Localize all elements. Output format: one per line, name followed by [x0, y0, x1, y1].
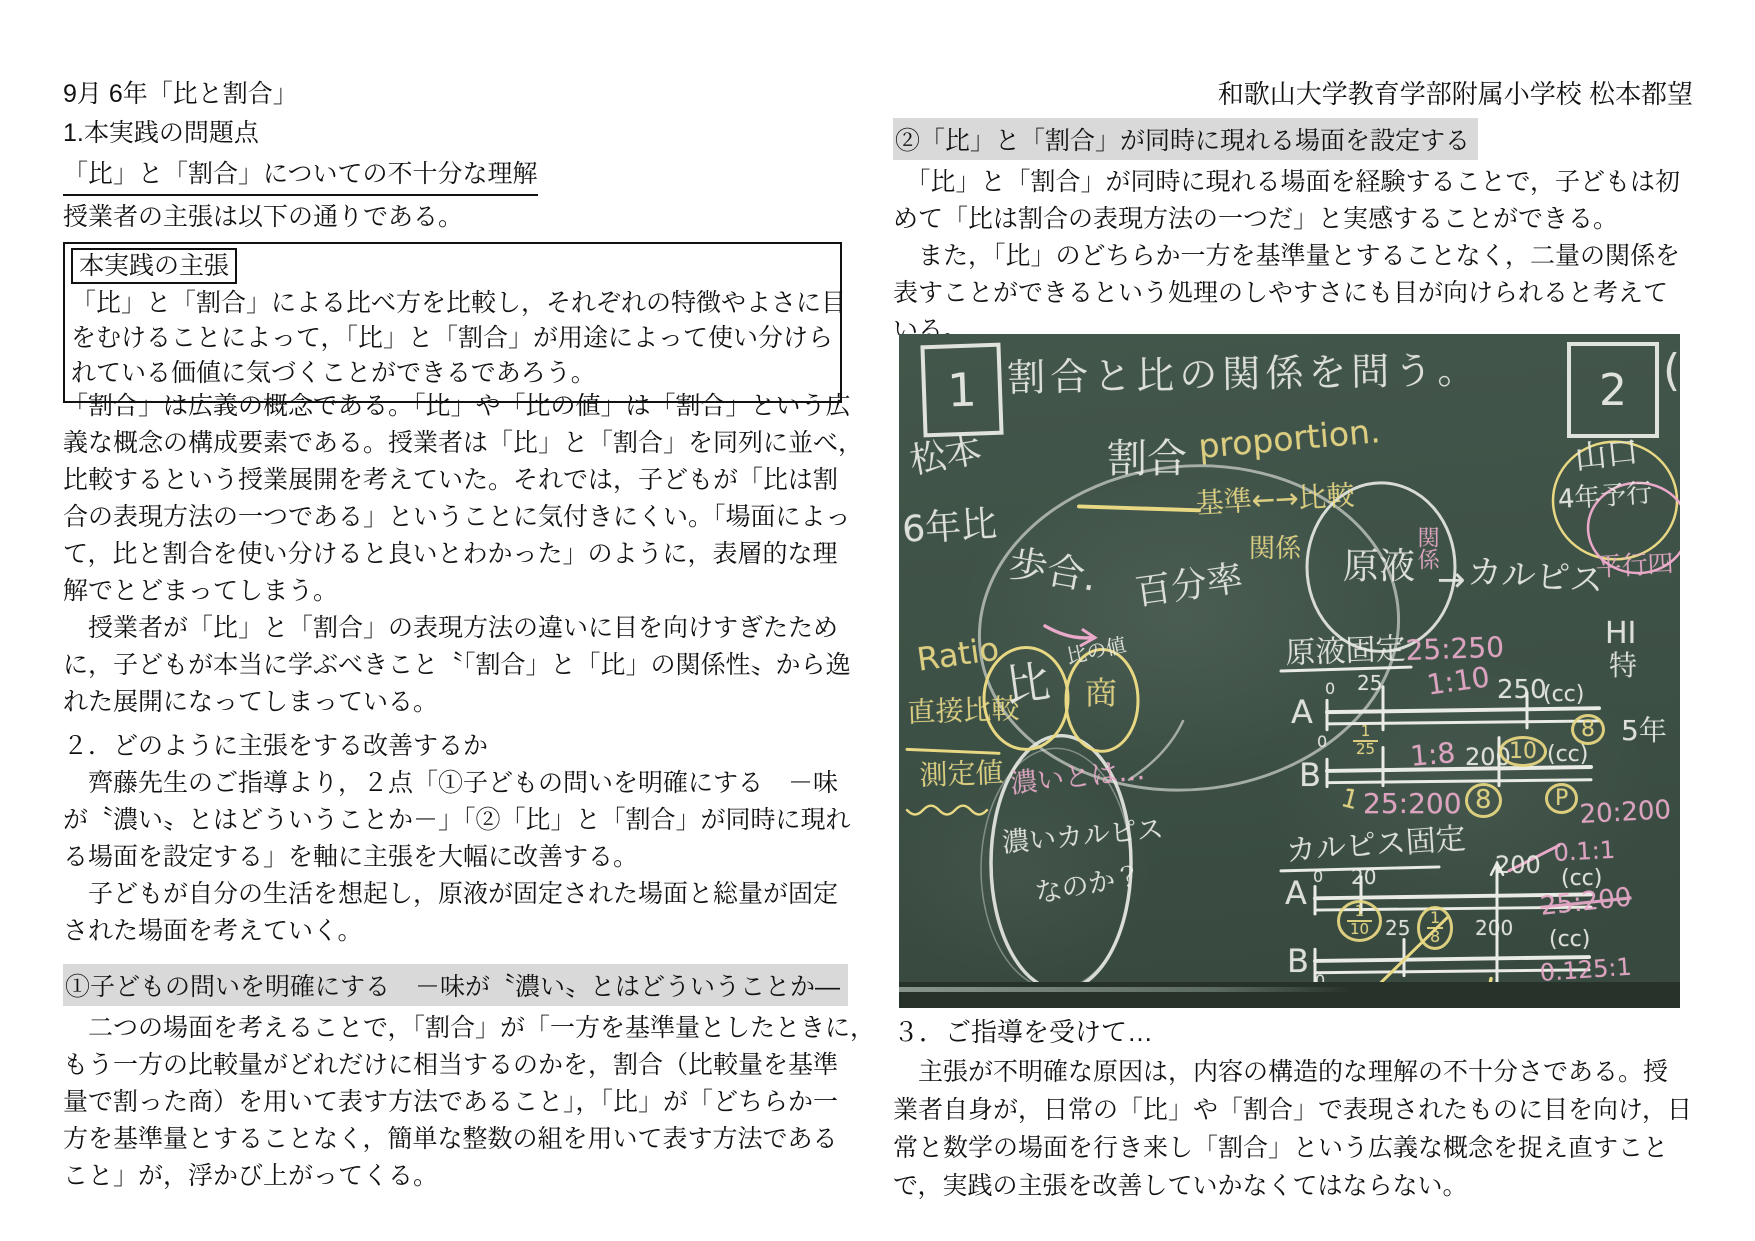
board-tick: 250	[1497, 677, 1547, 704]
board-hyakubunritsu: 百分率	[1133, 560, 1245, 612]
board-kankei-yellow: 関係	[1249, 536, 1301, 563]
board-0-1-1: 0.1:1	[1553, 838, 1616, 866]
board-25-200-strike: 25:200	[1539, 885, 1633, 922]
blackboard-photo: 1 2 割合と比の関係を問う。松本6年比割合proportion.基準←→比較関…	[899, 334, 1680, 1008]
right-column-bottom: ３．ご指導を受けて… 主張が不明確な原因は，内容の構造的な理解の不十分さである。…	[893, 1014, 1693, 1205]
board-frac-1-25: 125	[1353, 724, 1378, 758]
right-column: 和歌山大学教育学部附属小学校 松本都望 ②「比」と「割合」が同時に現れる場面を設…	[893, 76, 1693, 349]
section2-title: ２．どのように主張をする改善するか	[63, 728, 858, 765]
claim-box: 本実践の主張 「比」と「割合」による比べ方を比較し，それぞれの特徴やよさに目 を…	[63, 242, 842, 403]
board-line-a: A	[1291, 696, 1313, 730]
board-25-200: 25:200	[1363, 789, 1462, 818]
highlight-heading-2: ②「比」と「割合」が同時に現れる場面を設定する	[893, 118, 1478, 160]
paragraph-problem: 「割合」は広義の概念である。「比」や「比の値」は「割合」という広 義な概念の構成…	[63, 388, 858, 721]
board-tick: 200	[1475, 918, 1513, 939]
section1-intro: 授業者の主張は以下の通りである。	[63, 199, 858, 236]
board-proportion: proportion.	[1197, 414, 1382, 464]
board-ratio: Ratio	[915, 632, 1001, 677]
highlight-heading-1: ①子どもの問いを明確にする －味が〝濃い〟とはどういうことか―	[63, 964, 848, 1006]
board-grade: 6年比	[901, 506, 998, 550]
section1-title: 1.本実践の問題点	[63, 115, 858, 152]
paragraph-after-guidance: 主張が不明確な原因は，内容の構造的な理解の不十分さである。授 業者自身が，日常の…	[893, 1053, 1693, 1205]
board-tick: 200	[1495, 853, 1541, 878]
board-hi: 比	[1003, 659, 1053, 711]
board-heikoushi: 平行四	[1595, 551, 1674, 582]
author-affiliation: 和歌山大学教育学部附属小学校 松本都望	[893, 76, 1693, 113]
board-geneki-kotei: 原液固定	[1285, 633, 1406, 669]
board-chokusetsu-hikaku: 直接比較	[907, 695, 1020, 728]
chalk-tray-highlight	[899, 987, 1352, 992]
board-hi-label: HI	[1605, 618, 1636, 650]
board-tick: 0	[1313, 869, 1323, 886]
board-circled-8: 8	[1465, 783, 1502, 818]
board-4nen-yokou: 4年予行	[1557, 480, 1653, 514]
board-5nen: 5年	[1621, 716, 1667, 745]
board-line-b: B	[1287, 945, 1309, 979]
board-circled-8: 8	[1571, 714, 1605, 745]
claim-box-body: 「比」と「割合」による比べ方を比較し，それぞれの特徴やよさに目 をむけることによ…	[71, 286, 832, 391]
board-koicalpis: 濃いカルピス	[1001, 816, 1165, 858]
board-koitoha: 濃いとは…	[1009, 757, 1146, 799]
section1-underlined-heading: 「比」と「割合」についての不十分な理解	[63, 156, 538, 196]
board-line-a: A	[1285, 877, 1307, 911]
board-kijun-hikaku: 基準←→比較	[1195, 480, 1355, 518]
board-cc: (cc)	[1549, 928, 1590, 951]
board-geneki: 原液	[1343, 548, 1415, 586]
board-arrow-right: →	[1437, 563, 1466, 599]
board-cc: (cc)	[1547, 743, 1588, 766]
left-column-body: 「割合」は広義の概念である。「比」や「比の値」は「割合」という広 義な概念の構成…	[63, 388, 858, 1195]
document-page: { "left": { "header": "9月 6年「比と割合」", "se…	[0, 0, 1755, 1241]
board-calpis: カルピス	[1467, 555, 1605, 600]
board-kankei-pink: 関係	[1415, 526, 1438, 570]
board-tick-1: 1	[1338, 785, 1361, 816]
board-title: 割合と比の関係を問う。	[1007, 351, 1481, 399]
board-calpis-kotei: カルピス固定	[1285, 823, 1467, 867]
board-nanoka: なのか？	[1033, 862, 1144, 909]
paragraph-improvement: 齊藤先生のご指導より，２点「①子どもの問いを明確にする －味 が〝濃い〟とはどう…	[63, 765, 858, 950]
board-name: 松本	[907, 431, 984, 481]
section3-title: ３．ご指導を受けて…	[893, 1014, 1693, 1051]
board-frac-1-8: 18	[1417, 906, 1453, 950]
board-hinoatai: 比の値	[1065, 635, 1128, 668]
board-wariai: 割合	[1107, 438, 1187, 480]
board-cc: (cc)	[1543, 683, 1584, 706]
board-tick: 0	[1325, 681, 1335, 698]
board-25-250: 25:250	[1405, 632, 1504, 665]
board-toku: 特	[1609, 651, 1637, 680]
board-sokuteichi: 測定値	[919, 758, 1004, 790]
board-tick: 20	[1351, 867, 1376, 888]
left-column: 9月 6年「比と割合」 1.本実践の問題点 「比」と「割合」についての不十分な理…	[63, 76, 858, 403]
board-paren: (	[1663, 348, 1680, 394]
paragraph-simultaneous-scene: 「比」と「割合」が同時に現れる場面を経験することで，子どもは初 めて「比は割合の…	[893, 164, 1693, 349]
chalk-tray	[899, 982, 1680, 1008]
board-1-8: 1:8	[1409, 738, 1456, 771]
board-1-10: 1:10	[1425, 662, 1491, 700]
blackboard-items: 割合と比の関係を問う。松本6年比割合proportion.基準←→比較関係歩合.…	[899, 334, 1680, 1008]
board-tick: 0	[1317, 734, 1327, 751]
board-tick: 25	[1385, 918, 1410, 939]
paragraph-two-scenes: 二つの場面を考えることで，「割合」が「一方を基準量としたときに， もう一方の比較…	[63, 1010, 858, 1195]
board-line-b: B	[1299, 759, 1321, 793]
board-shou: 商	[1085, 677, 1117, 711]
board-circled-p: P	[1545, 783, 1578, 814]
board-frac-1-10: 110	[1337, 900, 1382, 942]
board-circled-10: 10	[1499, 736, 1547, 767]
doc-header: 9月 6年「比と割合」	[63, 76, 858, 113]
claim-box-label: 本実践の主張	[71, 248, 237, 284]
board-20-200: 20:200	[1579, 797, 1672, 829]
board-yamaguchi: 山口	[1573, 435, 1640, 475]
board-tick: 25	[1357, 673, 1382, 694]
board-buai: 歩合.	[1006, 544, 1100, 599]
